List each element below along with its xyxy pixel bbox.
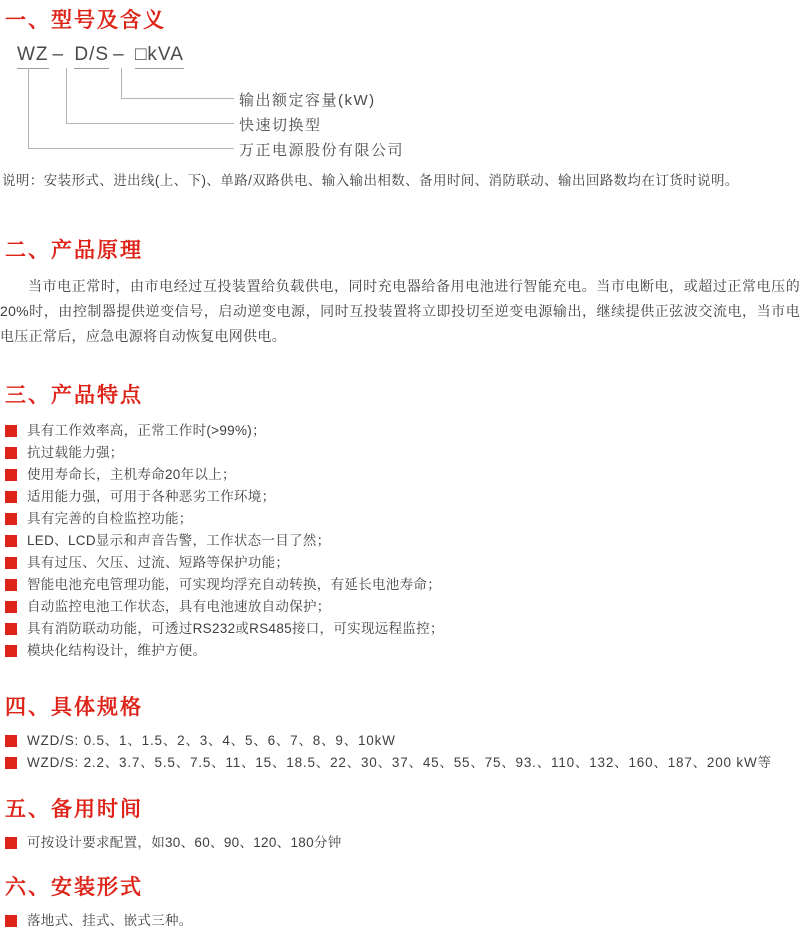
backup-time-item: 可按设计要求配置，如30、60、90、120、180分钟 [5, 835, 800, 851]
model-dash-2: – [109, 44, 129, 65]
feature-item: 适用能力强，可用于各种恶劣工作环境； [5, 489, 800, 505]
section-installation-heading: 六、安装形式 [0, 873, 800, 903]
feature-item: LED、LCD显示和声音告警，工作状态一目了然； [5, 533, 800, 549]
feature-item: 智能电池充电管理功能，可实现均浮充自动转换，有延长电池寿命； [5, 577, 800, 593]
feature-item-text: 适用能力强，可用于各种恶劣工作环境； [27, 489, 275, 505]
backup-time-list: 可按设计要求配置，如30、60、90、120、180分钟 [5, 835, 800, 851]
feature-item-text: 使用寿命长，主机寿命20年以上； [27, 467, 236, 483]
feature-item: 具有过压、欠压、过流、短路等保护功能； [5, 555, 800, 571]
red-square-bullet-icon [5, 579, 17, 591]
feature-item-text: LED、LCD显示和声音告警，工作状态一目了然； [27, 533, 330, 549]
spec-item: WZD/S: 2.2、3.7、5.5、7.5、11、15、18.5、22、30、… [5, 755, 800, 771]
red-square-bullet-icon [5, 623, 17, 635]
label-company-name: 万正电源股份有限公司 [239, 139, 404, 160]
model-dash-1: – [49, 44, 69, 65]
connector-vline-type [66, 68, 67, 123]
features-list: 具有工作效率高，正常工作时(>99%)； 抗过载能力强； 使用寿命长，主机寿命2… [5, 423, 800, 659]
backup-time-text: 可按设计要求配置，如30、60、90、120、180分钟 [27, 835, 342, 851]
feature-item: 使用寿命长，主机寿命20年以上； [5, 467, 800, 483]
section-features-heading: 三、产品特点 [0, 381, 800, 411]
red-square-bullet-icon [5, 425, 17, 437]
red-square-bullet-icon [5, 601, 17, 613]
feature-item: 具有消防联动功能，可透过RS232或RS485接口，可实现远程监控； [5, 621, 800, 637]
connector-vline-capacity [121, 68, 122, 98]
model-code: WZ– D/S– □kVA [17, 44, 800, 66]
feature-item-text: 具有消防联动功能，可透过RS232或RS485接口，可实现远程监控； [27, 621, 444, 637]
spec-item-text: WZD/S: 0.5、1、1.5、2、3、4、5、6、7、8、9、10kW [27, 733, 396, 749]
feature-item: 模块化结构设计，维护方便。 [5, 643, 800, 659]
section-backup-time-heading: 五、备用时间 [0, 795, 800, 825]
product-datasheet-page: 一、型号及含义 WZ– D/S– □kVA 输出额定容量(kW) 快速切换型 万… [0, 6, 800, 944]
red-square-bullet-icon [5, 757, 17, 769]
feature-item-text: 模块化结构设计，维护方便。 [27, 643, 206, 659]
model-code-diagram: WZ– D/S– □kVA 输出额定容量(kW) 快速切换型 万正电源股份有限公… [17, 44, 800, 156]
feature-item-text: 具有完善的自检监控功能； [27, 511, 193, 527]
red-square-bullet-icon [5, 557, 17, 569]
spec-item-text: WZD/S: 2.2、3.7、5.5、7.5、11、15、18.5、22、30、… [27, 755, 772, 771]
specs-list: WZD/S: 0.5、1、1.5、2、3、4、5、6、7、8、9、10kW WZ… [5, 733, 800, 771]
label-rated-capacity: 输出额定容量(kW) [239, 89, 376, 110]
connector-hline-type [66, 123, 234, 124]
label-switch-type: 快速切换型 [239, 114, 322, 135]
connector-hline-brand [28, 148, 234, 149]
connector-hline-capacity [121, 98, 234, 99]
feature-item-text: 抗过载能力强； [27, 445, 124, 461]
feature-item: 具有工作效率高，正常工作时(>99%)； [5, 423, 800, 439]
installation-text: 落地式、挂式、嵌式三种。 [27, 913, 193, 929]
red-square-bullet-icon [5, 491, 17, 503]
connector-vline-brand [28, 68, 29, 148]
feature-item-text: 智能电池充电管理功能，可实现均浮充自动转换，有延长电池寿命； [27, 577, 441, 593]
feature-item-text: 具有工作效率高，正常工作时(>99%)； [27, 423, 266, 439]
section-principle-heading: 二、产品原理 [0, 236, 800, 266]
model-part-capacity: □kVA [135, 44, 184, 69]
feature-item-text: 自动监控电池工作状态，具有电池速放自动保护； [27, 599, 331, 615]
red-square-bullet-icon [5, 447, 17, 459]
red-square-bullet-icon [5, 645, 17, 657]
red-square-bullet-icon [5, 513, 17, 525]
installation-item: 落地式、挂式、嵌式三种。 [5, 913, 800, 929]
red-square-bullet-icon [5, 735, 17, 747]
feature-item-text: 具有过压、欠压、过流、短路等保护功能； [27, 555, 289, 571]
red-square-bullet-icon [5, 469, 17, 481]
feature-item: 具有完善的自检监控功能； [5, 511, 800, 527]
model-part-type: D/S [74, 44, 109, 69]
ordering-note: 说明：安装形式、进出线(上、下)、单路/双路供电、输入输出相数、备用时间、消防联… [2, 172, 800, 190]
feature-item: 自动监控电池工作状态，具有电池速放自动保护； [5, 599, 800, 615]
installation-list: 落地式、挂式、嵌式三种。 [5, 913, 800, 929]
feature-item: 抗过载能力强； [5, 445, 800, 461]
principle-paragraph: 当市电正常时，由市电经过互投装置给负载供电，同时充电器给备用电池进行智能充电。当… [0, 274, 800, 349]
section-specs-heading: 四、具体规格 [0, 693, 800, 723]
model-part-brand: WZ [17, 44, 49, 69]
red-square-bullet-icon [5, 535, 17, 547]
spec-item: WZD/S: 0.5、1、1.5、2、3、4、5、6、7、8、9、10kW [5, 733, 800, 749]
red-square-bullet-icon [5, 915, 17, 927]
red-square-bullet-icon [5, 837, 17, 849]
section-model-heading: 一、型号及含义 [0, 6, 800, 36]
